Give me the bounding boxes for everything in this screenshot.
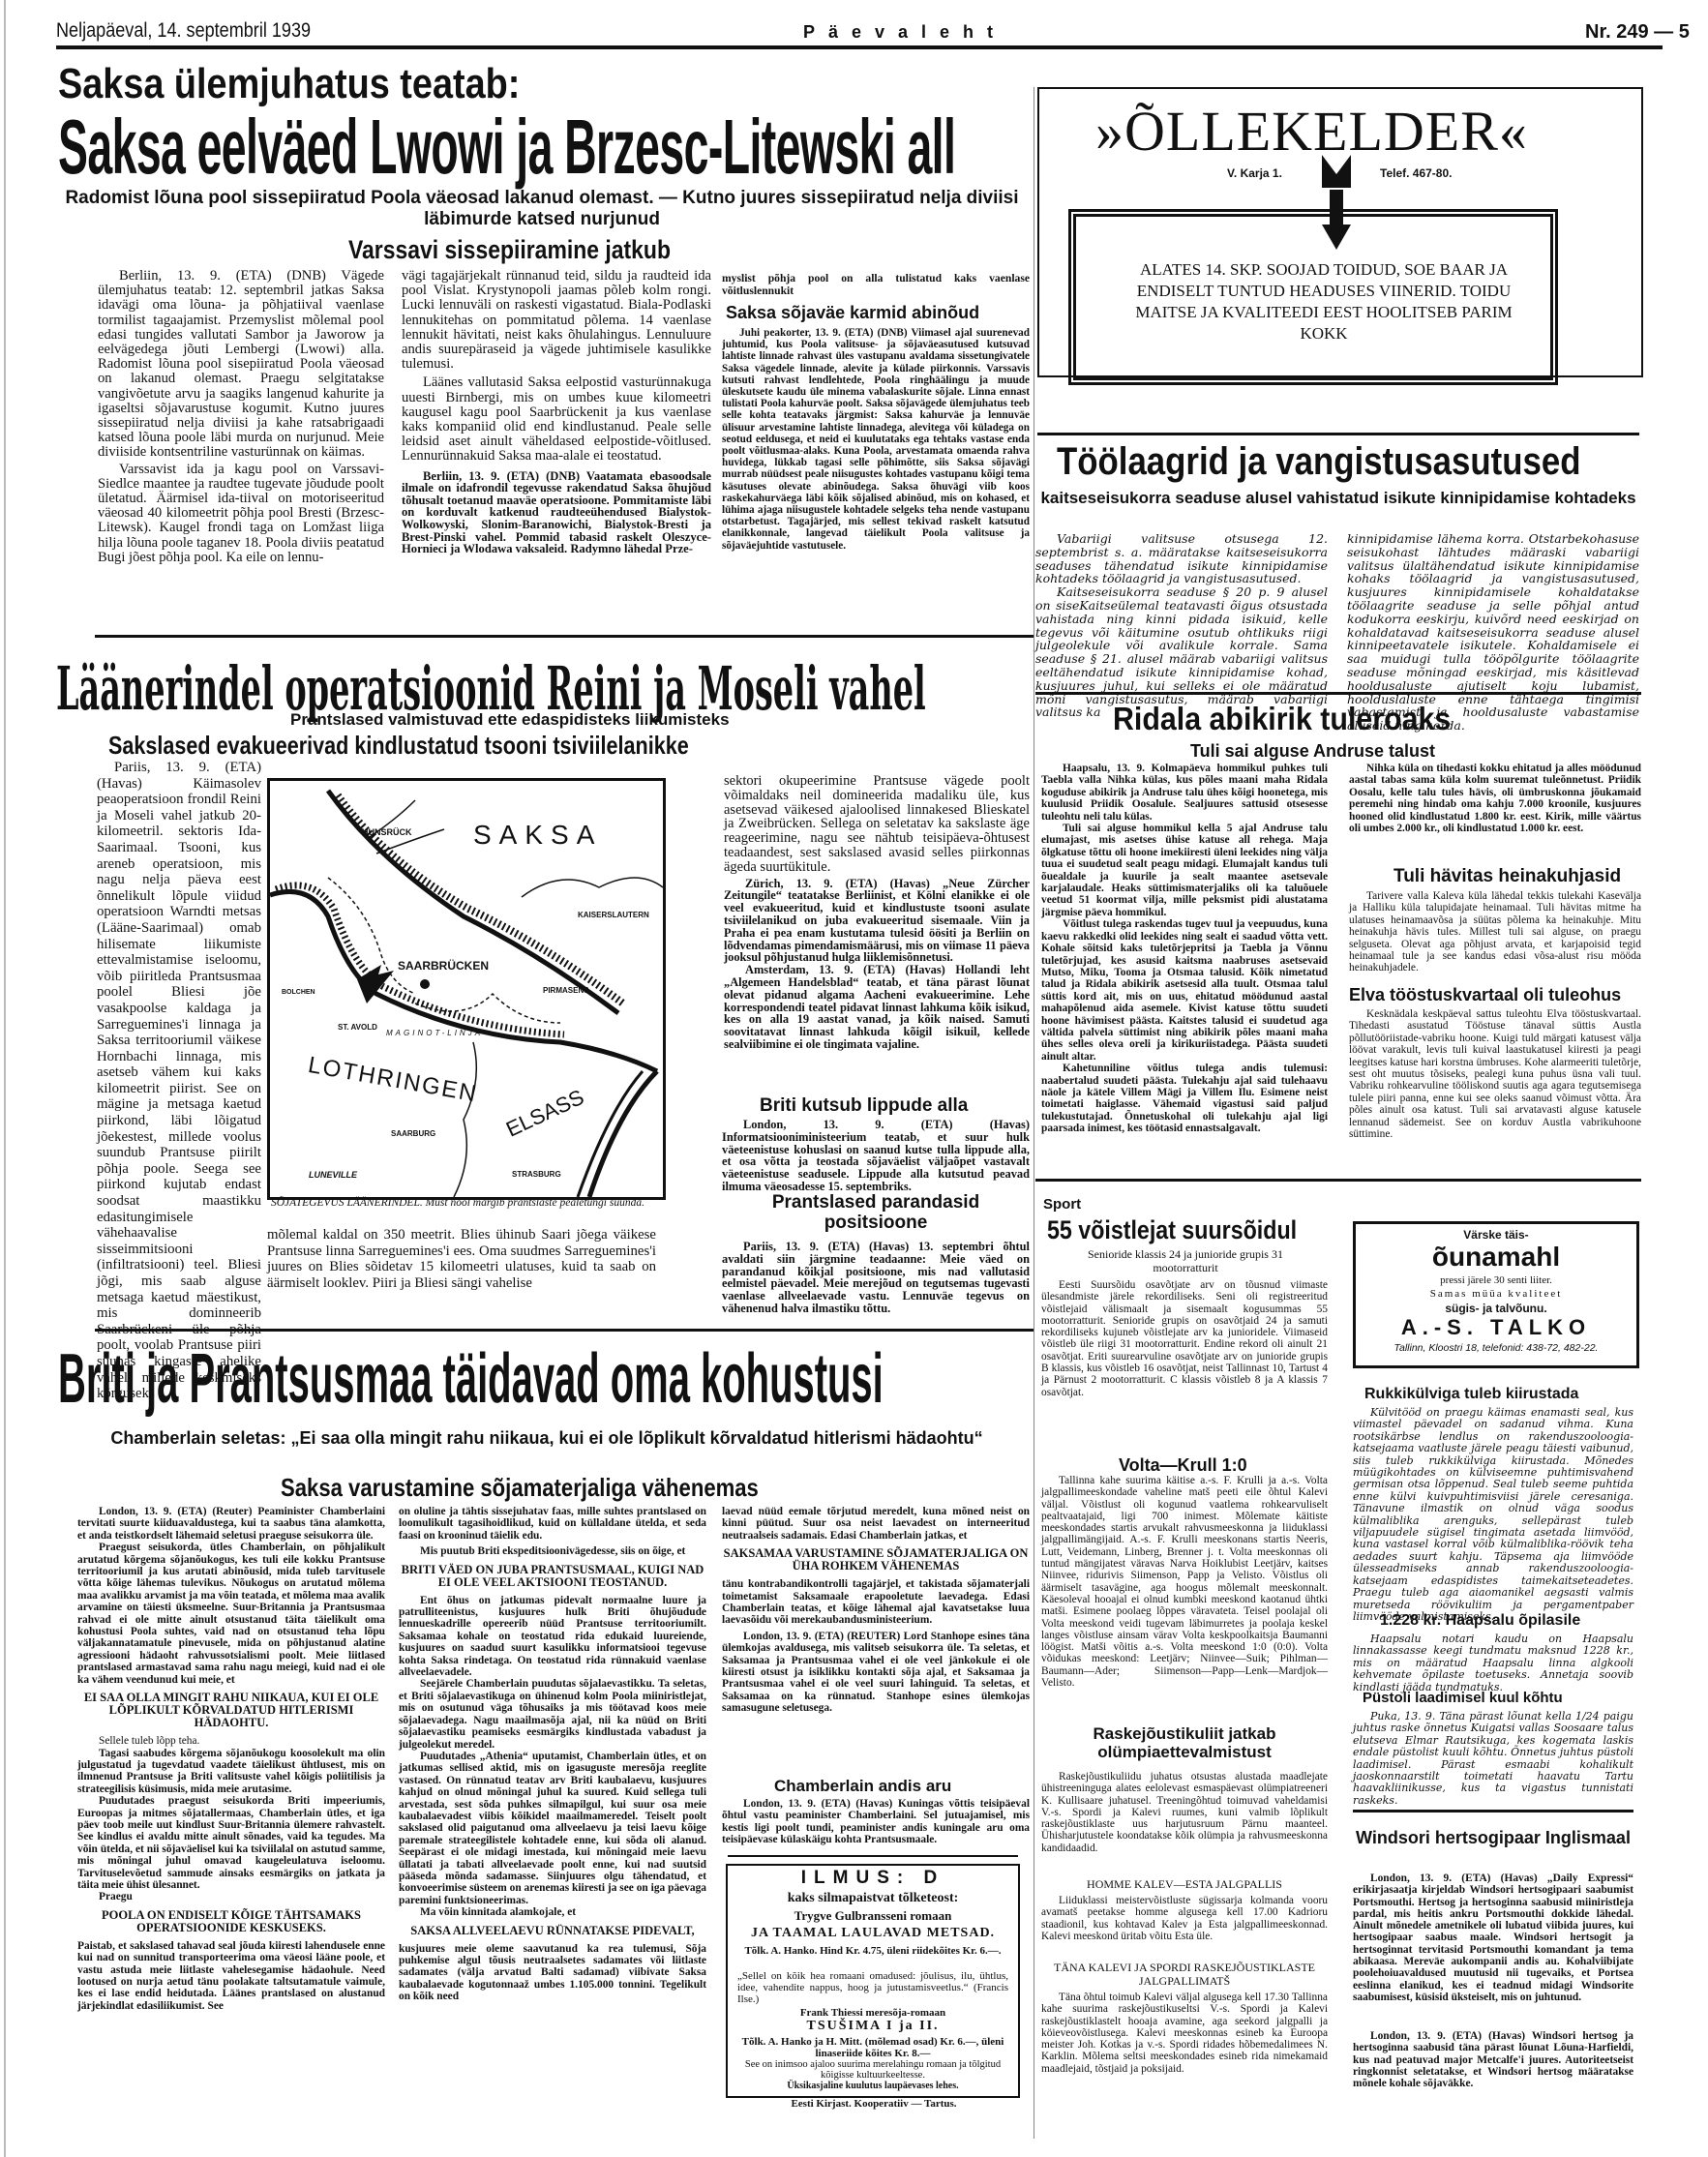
ridala-subhead: Tuli sai alguse Andruse talust — [1190, 741, 1435, 762]
elva-text: Kesknädala keskpäeval sattus tuleohtu El… — [1349, 1008, 1641, 1140]
volta-text: Tallinna kahe suurima käitise a.-s. F. K… — [1041, 1475, 1328, 1689]
briti-caps2: POOLA ON ENDISELT KÕIGE TÄHTSAMAKS OPERA… — [77, 1909, 385, 1934]
talko-ad[interactable]: Värske täis- õunamahl pressi järele 30 s… — [1353, 1221, 1639, 1368]
map-label-bolchen: BOLCHEN — [282, 989, 315, 996]
haapsalu-text: Haapsalu notari kaudu on Haapsalu linnak… — [1353, 1633, 1633, 1693]
ilmus-price1: Tõlk. A. Hanko. Hind Kr. 4.75, üleni rii… — [737, 1945, 1008, 1957]
lead-subhead: Radomist lõuna pool sissepiiratud Poola … — [53, 188, 1031, 230]
briti-para: on oluline ja tähtis sissejuhatav faas, … — [399, 1506, 706, 1542]
ridala-col2: Nihka küla on tihedasti kokku ehitatud j… — [1349, 763, 1641, 834]
pustol-bottom-rule — [1353, 1810, 1633, 1812]
briti-para: Praegust seisukorda, ütles Chamberlain, … — [77, 1542, 385, 1686]
briti-para: Praegu — [77, 1891, 385, 1902]
briti-para: Puudutades „Athenia“ uputamist, Chamberl… — [399, 1751, 706, 1906]
ridala-col1: Haapsalu, 13. 9. Kolmapäeva hommikul puh… — [1041, 763, 1328, 1135]
lead-col2-para: vägi tagajärjekalt rünnanud teid, sildu … — [402, 269, 711, 372]
talko-address: Tallinn, Kloostri 18, telefonid: 438-72,… — [1356, 1342, 1636, 1354]
briti-col2: on oluline ja tähtis sissejuhatav faas, … — [399, 1506, 706, 2003]
homme-text: Liiduklassi meistervõistluste sügissarja… — [1041, 1895, 1328, 1942]
laanerindel-bottom-rule — [95, 1329, 1034, 1332]
lead-col2: vägi tagajärjekalt rünnanud teid, sildu … — [402, 269, 711, 555]
ridala-bottom-rule — [1035, 1179, 1641, 1182]
chamberlain-head: Chamberlain andis aru — [774, 1777, 951, 1796]
briti-para: London, 13. 9. (ETA) (Reuter) Peaministe… — [77, 1506, 385, 1542]
laanerindel-col3-para: Zürich, 13. 9. (ETA) (Havas) „Neue Zürch… — [724, 878, 1030, 965]
briti-headline: Briti ja Prantsusmaa täidavad oma kohust… — [58, 1343, 884, 1415]
ollekelder-title: »ÕLLEKELDER« — [1095, 99, 1528, 164]
briti-caps3: BRITI VÄED ON JUBA PRANTSUSMAAL, KUIGI N… — [399, 1564, 706, 1589]
laanerindel-col1: Pariis, 13. 9. (ETA) (Havas) Käimasolev … — [97, 760, 261, 1402]
toolaagrid-subhead: kaitseseisukorra seaduse alusel vahistat… — [1035, 489, 1641, 508]
talko-line4: sügis- ja talvõunu. — [1356, 1302, 1636, 1315]
map-label-maginot: MAGINOT-LINJA — [386, 1029, 483, 1037]
lead-section-head: Varssavi sissepiiramine jatkub — [348, 235, 671, 265]
haapsalu-head: 1.228 kr. Haapsalu õpilasile — [1380, 1612, 1580, 1630]
windsor-text1: London, 13. 9. (ETA) (Havas) „Daily Expr… — [1353, 1872, 1633, 2003]
ollekelder-ad[interactable]: »ÕLLEKELDER« V. Karja 1. Telef. 467-80. … — [1037, 87, 1643, 377]
talko-line3: Samas müüa kvaliteet — [1356, 1288, 1636, 1300]
laanerindel-col3: sektori okupeerimine Prantsuse vägede po… — [724, 774, 1030, 1051]
map-label-luneville: LUNEVILLE — [309, 1170, 357, 1180]
lead-col2-para: Läänes vallutasid Saksa eelpostid vastur… — [402, 375, 711, 464]
homme-head: HOMME KALEV—ESTA JALGPALLIS — [1041, 1877, 1328, 1892]
briti-para: tänu kontrabandikontrolli tagajärjel, et… — [722, 1578, 1030, 1627]
left-edge — [4, 0, 6, 2157]
lead-col3-head: Saksa sõjaväe karmid abinõud — [726, 303, 979, 323]
chamberlain-text: London, 13. 9. (ETA) (Havas) Kuningas võ… — [722, 1798, 1030, 1846]
ridala-para: Tuli sai alguse hommikul kella 5 ajal An… — [1041, 823, 1328, 918]
map-label-saksa: SAKSA — [473, 820, 602, 851]
ridala-para: Haapsalu, 13. 9. Kolmapäeva hommikul puh… — [1041, 763, 1328, 823]
briti-para: Seejärele Chamberlain puudutas sõjalaeva… — [399, 1678, 706, 1750]
sport-subhead: Senioride klassis 24 ja junioride grupis… — [1064, 1247, 1306, 1274]
rukki-text: Külvitööd on praegu käimas enamasti seal… — [1353, 1407, 1633, 1623]
briti-para: Tagasi saabudes kõrgema sõjanõukogu koos… — [77, 1748, 385, 1796]
ollekelder-text: ALATES 14. SKP. SOOJAD TOIDUD, SOE BAAR … — [1130, 259, 1517, 345]
ilmus-line1: kaks silmapaistvat tõlketeost: — [728, 1891, 1018, 1906]
talko-line1: Värske täis- — [1356, 1228, 1636, 1242]
map-label-strasburg: STRASBURG — [512, 1170, 561, 1179]
lead-col2-para: Berliin, 13. 9. (ETA) (DNB) Vaatamata eb… — [402, 470, 711, 555]
lead-kicker: Saksa ülemjuhatus teatab: — [58, 60, 520, 108]
heina-head: Tuli hävitas heinakuhjasid — [1393, 866, 1621, 887]
map-label-hunsruck: HUNSRÜCK — [362, 827, 412, 837]
elva-head: Elva tööstuskvartaal oli tuleohus — [1349, 985, 1621, 1005]
toolaagrid-headline: Töölaagrid ja vangistusasutused — [1057, 440, 1580, 484]
ilmus-book2: TSUŠIMA I ja II. — [728, 2019, 1018, 2034]
sport-label: Sport — [1043, 1196, 1081, 1213]
lead-col1-para: Berliin, 13. 9. (ETA) (DNB) Vägede ülemj… — [98, 269, 384, 461]
ilmus-ad[interactable]: ILMUS: D kaks silmapaistvat tõlketeost: … — [726, 1864, 1020, 2098]
briti-para: Sellele tuleb lõpp teha. — [77, 1735, 385, 1747]
raske-head: Raskejõustikuliit jatkab olümpiaettevalm… — [1041, 1724, 1328, 1761]
ridala-headline: Ridala abikirik tuleroaks — [1113, 701, 1451, 737]
briti-para: kusjuures meie oleme saavutanud ka rea t… — [399, 1943, 706, 2003]
map-drawing — [270, 781, 663, 1197]
ridala-para: Võitlust tulega raskendas tugev tuul ja … — [1041, 918, 1328, 1063]
ilmus-desc: See on inimsoo ajaloo suurima merelahing… — [737, 2059, 1008, 2081]
ollekelder-phone: Telef. 467-80. — [1380, 166, 1452, 180]
pustol-head: Püstoli laadimisel kuul kõhtu — [1363, 1690, 1563, 1706]
briti-para: London, 13. 9. (ETA) (REUTER) Lord Stanh… — [722, 1631, 1030, 1715]
map-caption: SÕJATEGEVUS LÄÄNERINDEL. Must nool märgi… — [271, 1197, 664, 1210]
masthead-date: Neljapäeval, 14. septembril 1939 — [56, 19, 311, 43]
briti-kutsub-text: London, 13. 9. (ETA) (Havas) Informatsio… — [722, 1119, 1030, 1193]
map-label-saarbrucken: SAARBRÜCKEN — [398, 959, 489, 973]
briti-col1: London, 13. 9. (ETA) (Reuter) Peaministe… — [77, 1506, 385, 2012]
ilmus-title: ILMUS: D — [728, 1868, 1018, 1889]
sport-headline: 55 võistlejat suursõidul — [1047, 1215, 1297, 1245]
toolaagrid-para: Kaitseseisukorra seaduse § 20 p. 9 aluse… — [1035, 585, 1328, 719]
chamberlain-bottom-rule — [728, 1855, 1018, 1857]
map-label-pirmasens: PIRMASENS — [543, 986, 589, 995]
briti-caps5: SAKSAMAA VARUSTAMINE SÕJAMATERJALIGA ON … — [722, 1547, 1030, 1573]
toolaagrid-bottom-rule — [1035, 692, 1641, 695]
ridala-para: Kahetunniline võitlus tulega andis tulem… — [1041, 1063, 1328, 1134]
pustol-text: Puka, 13. 9. Täna pärast lõunat kella 1/… — [1353, 1711, 1633, 1807]
briti-para: Puudutades praegust seisukorda Briti imp… — [77, 1795, 385, 1891]
briti-para: Ma võin kinnitada alamkojale, et — [399, 1906, 706, 1918]
windsor-text2: London, 13. 9. (ETA) (Havas) Windsori he… — [1353, 2030, 1633, 2089]
heina-text: Tarivere valla Kaleva küla lähedal tekki… — [1349, 890, 1641, 974]
briti-subhead: Chamberlain seletas: „Ei saa olla mingit… — [58, 1427, 1035, 1449]
talko-company: A.-S. TALKO — [1356, 1315, 1636, 1340]
ilmus-line2: Trygve Gulbransseni romaan — [728, 1908, 1018, 1924]
ilmus-price2: Tõlk. A. Hanko ja H. Mitt. (mõlemad osad… — [737, 2036, 1008, 2059]
ilmus-quote: „Sellel on kõik hea romaani omadused: jõ… — [737, 1970, 1008, 2005]
briti-section: Saksa varustamine sõjamaterjaliga vähene… — [281, 1473, 759, 1503]
prants-text: Pariis, 13. 9. (ETA) (Havas) 13. septemb… — [722, 1241, 1030, 1315]
briti-para: Mis puutub Briti ekspeditsioonivägedesse… — [399, 1545, 706, 1557]
volta-head: Volta—Krull 1:0 — [1119, 1455, 1247, 1476]
laanerindel-col3-para: Amsterdam, 13. 9. (ETA) (Havas) Hollandi… — [724, 964, 1030, 1051]
war-map: SAKSA LOTHRINGEN ELSASS SAARBRÜCKEN HUNS… — [267, 778, 666, 1200]
lead-headline: Saksa eelväed Lwowi ja Brzesc-Litewski a… — [58, 108, 955, 186]
briti-para: laevad nüüd eemale tõrjutud meredelt, ku… — [722, 1506, 1030, 1542]
talko-title: õunamahl — [1356, 1242, 1636, 1273]
tana-text: Täna õhtul toimub Kalevi väljal algusega… — [1041, 1992, 1328, 2075]
talko-line2: pressi järele 30 senti liiter. — [1356, 1274, 1636, 1286]
laanerindel-col3-para: sektori okupeerimine Prantsuse vägede po… — [724, 774, 1030, 875]
toolaagrid-para: Vabariigi valitsuse otsusega 12. septemb… — [1035, 532, 1328, 585]
lead-col1: Berliin, 13. 9. (ETA) (DNB) Vägede ülemj… — [98, 269, 384, 565]
lead-col3-intro: myslist põhja pool on alla tulistatud ka… — [722, 273, 1030, 297]
briti-para: Ent õhus on jatkumas pidevalt normaalne … — [399, 1595, 706, 1679]
prants-head: Prantslased parandasid positsioone — [722, 1192, 1030, 1233]
briti-caps4: SAKSA ALLVEELAEVU RÜNNATAKSE PIDEVALT, — [399, 1925, 706, 1937]
masthead-rule — [56, 45, 1663, 49]
rukki-head: Rukkikülviga tuleb kiirustada — [1364, 1386, 1578, 1403]
tana-head: TÄNA KALEVI JA SPORDI RASKEJÕUSTIKLASTE … — [1041, 1961, 1328, 1988]
masthead-issue: Nr. 249 — 5 — [1585, 21, 1690, 44]
lead-bottom-rule — [95, 635, 1034, 638]
ollekelder-bottom-rule — [1037, 433, 1639, 435]
lead-col3: Juhi peakorter, 13. 9. (ETA) (DNB) Viima… — [722, 327, 1030, 552]
laanerindel-subhead2: Sakslased evakueerivad kindlustatud tsoo… — [108, 731, 689, 761]
col-separator — [1034, 87, 1034, 2139]
map-label-saarburg: SAARBURG — [391, 1129, 435, 1138]
briti-para: Paistab, et sakslased tahavad seal jõuda… — [77, 1940, 385, 2012]
masthead-paper: Päevaleht — [803, 22, 1006, 43]
ilmus-publisher: Eesti Kirjast. Kooperatiiv — Tartus. — [726, 2098, 1022, 2110]
lead-col1-para: Varssavist ida ja kagu pool on Varssavi-… — [98, 463, 384, 565]
map-label-st-avold: ST. AVOLD — [338, 1023, 377, 1032]
laanerindel-subhead1: Prantslased valmistuvad ette edaspidiste… — [290, 710, 730, 730]
map-label-kaiserslautern: KAISERSLAUTERN — [578, 911, 649, 919]
windsor-head: Windsori hertsogipaar Inglismaal — [1353, 1827, 1633, 1848]
ilmus-book1: JA TAAMAL LAULAVAD METSAD. — [728, 1926, 1018, 1941]
sport-text: Eesti Suursõidu osavõtjate arv on tõusnu… — [1041, 1279, 1328, 1398]
briti-col3: laevad nüüd eemale tõrjutud meredelt, ku… — [722, 1506, 1030, 1715]
ilmus-line3: Frank Thiessi meresõja-romaan — [728, 2007, 1018, 2019]
briti-caps1: EI SAA OLLA MINGIT RAHU NIIKAUA, KUI EI … — [77, 1692, 385, 1729]
ollekelder-address: V. Karja 1. — [1227, 166, 1282, 180]
briti-kutsub-head: Briti kutsub lippude alla — [760, 1095, 968, 1117]
raske-text: Raskejõustikuliidu juhatus otsustas alus… — [1041, 1771, 1328, 1854]
ilmus-note: Üksikasjaline kuulutus laupäevases lehes… — [728, 2081, 1018, 2091]
laanerindel-map-bottom-text: mõlemal kaldal on 350 meetrit. Blies ühi… — [267, 1227, 656, 1291]
